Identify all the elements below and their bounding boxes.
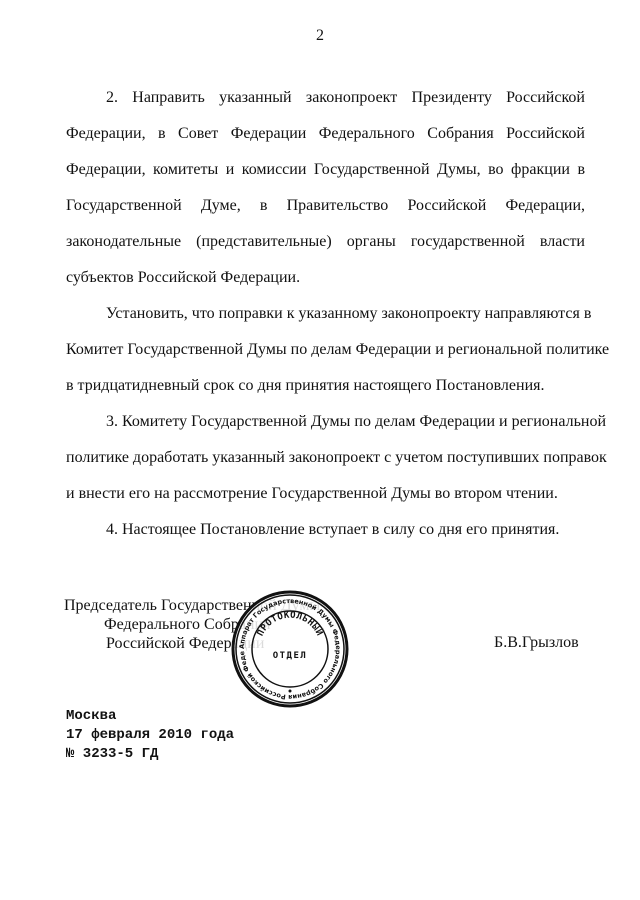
paragraph-3: 3. Комитету Государственной Думы по дела… bbox=[66, 404, 585, 512]
svg-text:ОТДЕЛ: ОТДЕЛ bbox=[273, 651, 308, 661]
signer-name: Б.В.Грызлов bbox=[494, 634, 579, 652]
page-number: 2 bbox=[0, 27, 640, 45]
paragraph-4: 4. Настоящее Постановление вступает в си… bbox=[66, 512, 585, 548]
text-line: Федерации, в Совет Федерации Федеральног… bbox=[66, 116, 585, 152]
city: Москва bbox=[66, 707, 234, 726]
text-line: Комитет Государственной Думы по делам Фе… bbox=[66, 332, 585, 368]
text-line: в тридцатидневный срок со дня принятия н… bbox=[66, 368, 585, 404]
document-number: № 3233-5 ГД bbox=[66, 745, 234, 764]
text-line: 2. Направить указанный законопроект През… bbox=[66, 80, 585, 116]
text-line: политике доработать указанный законопрое… bbox=[66, 440, 585, 476]
paragraph-2: 2. Направить указанный законопроект През… bbox=[66, 80, 585, 296]
document-body: 2. Направить указанный законопроект През… bbox=[66, 80, 585, 548]
text-line: 3. Комитету Государственной Думы по дела… bbox=[66, 404, 585, 440]
text-line: Государственной Думе, в Правительство Ро… bbox=[66, 188, 585, 224]
document-date: 17 февраля 2010 года bbox=[66, 726, 234, 745]
text-line: 4. Настоящее Постановление вступает в си… bbox=[66, 512, 585, 548]
text-line: законодательные (представительные) орган… bbox=[66, 224, 585, 260]
document-footer: Москва 17 февраля 2010 года № 3233-5 ГД bbox=[66, 707, 234, 764]
official-stamp: Аппарат Государственной Думы Федеральног… bbox=[231, 590, 349, 708]
text-line: Федерации, комитеты и комиссии Государст… bbox=[66, 152, 585, 188]
text-line: Установить, что поправки к указанному за… bbox=[66, 296, 585, 332]
text-line: и внести его на рассмотрение Государстве… bbox=[66, 476, 585, 512]
text-line: субъектов Российской Федерации. bbox=[66, 260, 585, 296]
stamp-seal-icon: Аппарат Государственной Думы Федеральног… bbox=[231, 590, 349, 708]
paragraph-amendments: Установить, что поправки к указанному за… bbox=[66, 296, 585, 404]
